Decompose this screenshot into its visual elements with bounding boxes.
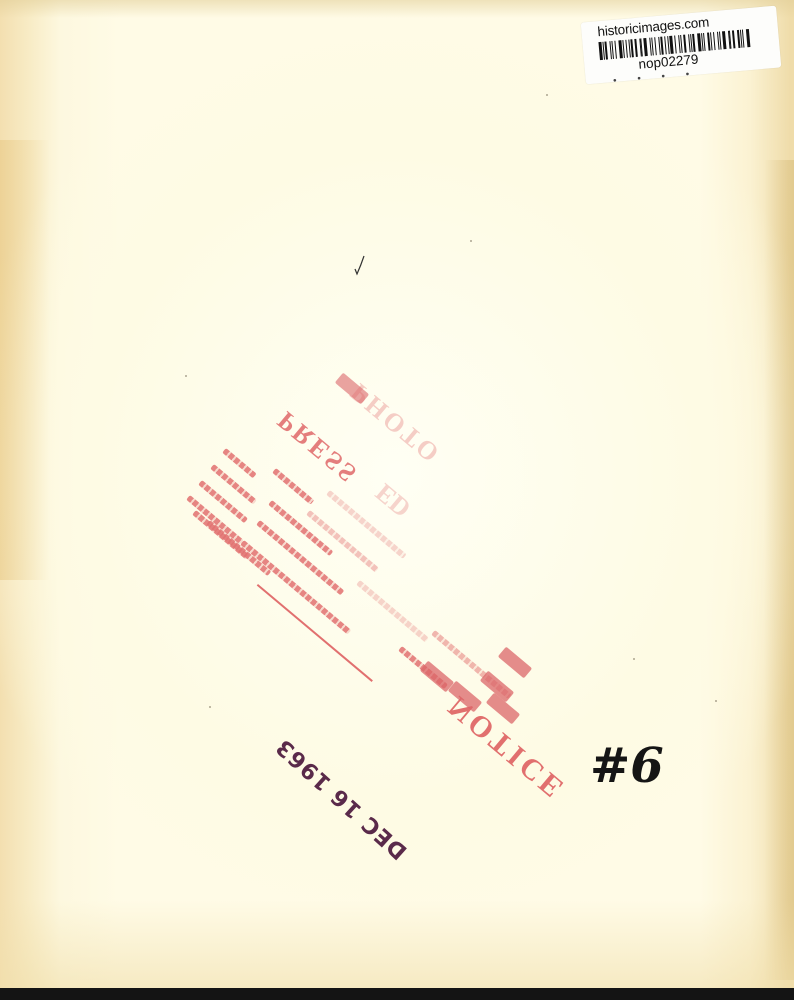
barcode-bar	[605, 41, 608, 59]
stamp-text-line	[272, 468, 314, 505]
barcode-bar	[701, 33, 703, 51]
stamp-word-ed: ED	[370, 477, 417, 523]
paper-edge-shade	[764, 160, 794, 980]
paper-speck	[633, 658, 635, 660]
date-stamp: DEC 16 1963	[271, 733, 412, 864]
barcode-bar	[664, 36, 666, 54]
paper-speck	[715, 700, 717, 702]
barcode-bar	[622, 40, 624, 58]
barcode-bar	[634, 39, 637, 57]
stamp-text-line	[356, 580, 429, 642]
barcode-bar	[693, 34, 696, 52]
barcode-bar	[644, 38, 648, 56]
barcode-bar	[740, 30, 742, 48]
paper-speck	[185, 375, 187, 377]
barcode-bar	[729, 31, 731, 49]
paper-speck	[470, 240, 472, 242]
handwritten-number: #6	[590, 738, 664, 794]
paper-speck	[546, 94, 548, 96]
paper-edge-shade	[0, 900, 794, 990]
barcode-bar	[680, 35, 682, 53]
check-mark-icon	[352, 255, 366, 277]
barcode-bar	[732, 30, 735, 48]
barcode-bar	[602, 42, 604, 60]
barcode-bar	[719, 32, 721, 50]
barcode-bar	[614, 41, 617, 59]
barcode-bar	[713, 32, 715, 50]
barcode-bar	[611, 41, 613, 59]
barcode-bar	[690, 34, 692, 52]
barcode-bar	[655, 37, 657, 55]
barcode-bar	[722, 31, 726, 49]
barcode-bar	[631, 39, 634, 57]
barcode-bar	[683, 35, 686, 53]
barcode-bar	[710, 32, 712, 50]
barcode-bar	[742, 30, 744, 48]
barcode-bar	[746, 29, 750, 47]
barcode-bar	[651, 37, 654, 55]
photo-back-paper: historicimages.com nop02279 • • • • PHOT…	[0, 0, 794, 990]
barcode-bar	[641, 38, 643, 56]
paper-speck	[209, 706, 211, 708]
barcode-bar	[660, 37, 663, 55]
red-press-stamp: PHOTO PRESS ED NOTICE	[180, 360, 560, 740]
stamp-text-line	[222, 448, 256, 478]
barcode-bar	[703, 33, 705, 51]
scan-bottom-border	[0, 988, 794, 1000]
barcode-bar	[669, 36, 673, 54]
barcode-bar	[674, 35, 677, 53]
stamp-text-line	[186, 495, 243, 545]
paper-edge-shade	[0, 140, 50, 580]
stamp-text-block	[498, 647, 532, 679]
barcode-bar	[625, 40, 627, 58]
